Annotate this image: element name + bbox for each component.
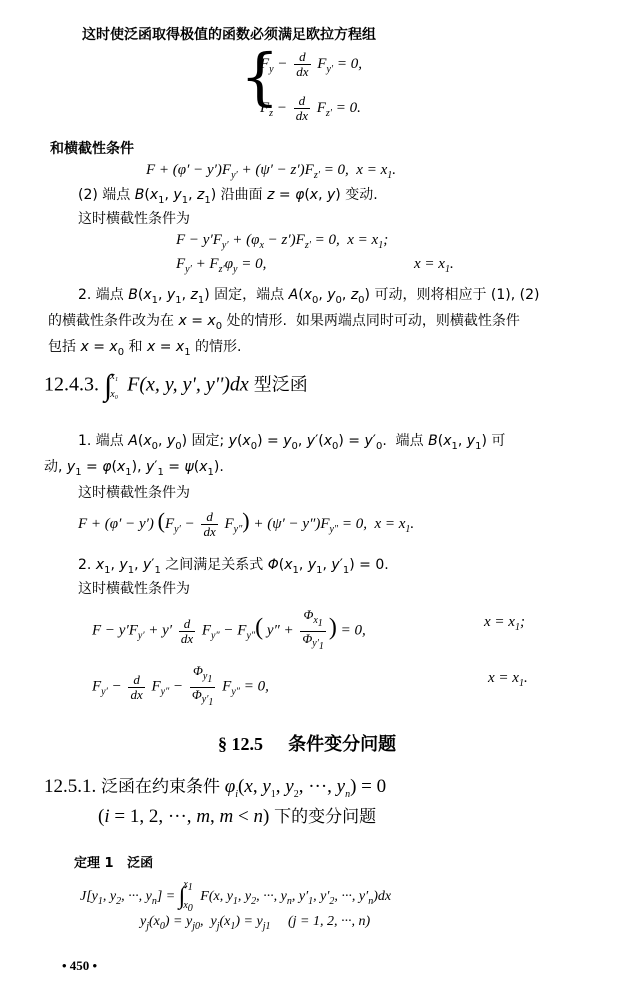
transversality-equation: F + (φ′ − y′)Fy′ + (ψ′ − z′)Fz′ = 0, x =… [146, 162, 396, 181]
case2-equation-2: Fy′ + Fz′φy = 0, [176, 256, 266, 275]
item2-equation-2: Fy′ − ddx Fy″ − Φy1Φy′1 Fy″ = 0, [92, 664, 269, 710]
item2-equation-1: F − y′Fy′ + y′ ddx Fy″ − Fy″( y″ + Φx1Φy… [92, 608, 366, 654]
theorem-title: 泛函 [127, 856, 153, 871]
theorem-1-boundary: yj(x0) = yj0, yj(x1) = yj1 (j = 1, 2, ··… [140, 914, 370, 932]
intro-line: 这时使泛函取得极值的函数必须满足欧拉方程组 [82, 24, 376, 44]
euler-eq-2: Fz − ddx Fz′ = 0. [260, 94, 361, 123]
heading-suffix: 型泛函 [254, 375, 308, 396]
para2-line-3: 包括 x = x0 和 x = x1 的情形. [48, 336, 241, 358]
item2-cond-label: 这时横截性条件为 [78, 578, 190, 598]
theorem-label: 定理 1 [74, 856, 114, 871]
item1-cond-label: 这时横截性条件为 [78, 482, 190, 502]
section-number: § 12.5 [218, 734, 263, 754]
heading-number: 12.5.1. [44, 776, 96, 797]
para2-line-2: 的横截性条件改为在 x = x0 处的情形. 如果两端点同时可动，则横截性条件 [48, 310, 520, 332]
integral-lower-limit: x₀ [110, 386, 118, 404]
case2-equation-1: F − y′Fy′ + (φx − z′)Fz′ = 0, x = x1; [176, 232, 388, 251]
theorem-1-functional: J[y1, y2, ···, yn] = ∫x1x0 F(x, y1, y2, … [80, 876, 391, 918]
item1-line-2: 动, y1 = φ(x1), y′1 = ψ(x1). [44, 456, 224, 478]
item2-equation-1-condition: x = x1; [484, 614, 525, 633]
integrand: F(x, y, y', y'')dx [127, 374, 249, 396]
heading-12-5-1-line-2: (i = 1, 2, ···, m, m < n) 下的变分问题 [98, 802, 376, 828]
item1-line-1: 1. 端点 A(x0, y0) 固定; y(x0) = y0, y′(x0) =… [78, 430, 505, 452]
page-number: • 450 • [62, 958, 97, 974]
case2-line: (2) 端点 B(x1, y1, z1) 沿曲面 z = φ(x, y) 变动. [78, 184, 378, 206]
case2-cond-label: 这时横截性条件为 [78, 208, 190, 228]
para2-line-1: 2. 端点 B(x1, y1, z1) 固定，端点 A(x0, y0, z0) … [78, 284, 539, 306]
section-heading-12-5: § 12.5 条件变分问题 [218, 730, 396, 756]
heading-12-4-3: 12.4.3. ∫x₁x₀ F(x, y, y', y'')dx 型泛函 [44, 368, 308, 404]
section-title: 条件变分问题 [288, 734, 396, 755]
theorem-1-heading: 定理 1 泛函 [74, 852, 153, 871]
item1-equation: F + (φ′ − y′) (Fy′ − ddx Fy″) + (ψ′ − y″… [78, 508, 414, 539]
item2-line: 2. x1, y1, y′1 之间满足关系式 Φ(x1, y1, y′1) = … [78, 554, 389, 576]
case2-equation-2-condition: x = x1. [414, 256, 454, 275]
item2-equation-2-condition: x = x1. [488, 670, 528, 689]
heading-number: 12.4.3. [44, 374, 99, 396]
euler-eq-1: Fy − ddx Fy′ = 0, [260, 50, 362, 79]
integral-upper-limit: x₁ [110, 368, 118, 386]
heading-12-5-1-line-1: 12.5.1. 泛函在约束条件 φi(x, y1, y2, ···, yn) =… [44, 772, 386, 800]
transversality-label: 和横截性条件 [50, 138, 134, 158]
